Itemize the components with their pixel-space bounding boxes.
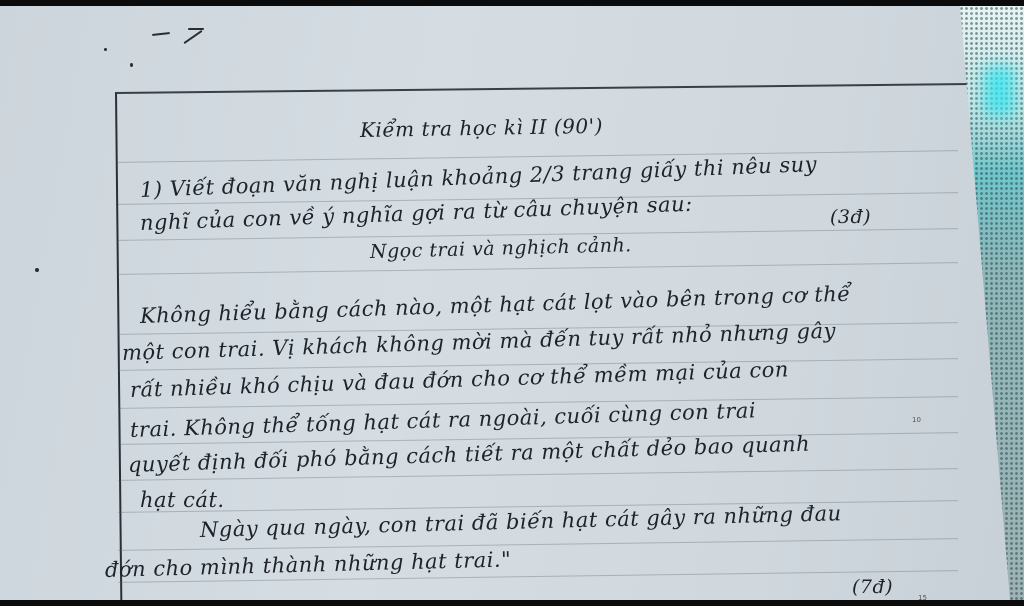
exam-paper: Kiểm tra học kì II (90') 1) Viết đoạn vă… xyxy=(0,6,1024,600)
line-number: 10 xyxy=(912,416,921,424)
question-1-points: (3đ) xyxy=(830,206,871,228)
ink-speck xyxy=(35,268,39,272)
ink-speck xyxy=(104,48,107,51)
question-number: 1) xyxy=(140,177,163,202)
ink-mark xyxy=(188,28,204,30)
background-light-glow xyxy=(984,66,1014,116)
ink-mark xyxy=(183,30,202,44)
photo-frame: Kiểm tra học kì II (90') 1) Viết đoạn vă… xyxy=(0,6,1024,600)
ink-mark xyxy=(152,32,170,36)
frame-bottom-bar xyxy=(0,600,1024,606)
ink-speck xyxy=(130,63,133,67)
question-2-points: (7đ) xyxy=(852,576,893,598)
story-line: hạt cát. xyxy=(140,488,225,512)
exam-title: Kiểm tra học kì II (90') xyxy=(360,114,603,142)
